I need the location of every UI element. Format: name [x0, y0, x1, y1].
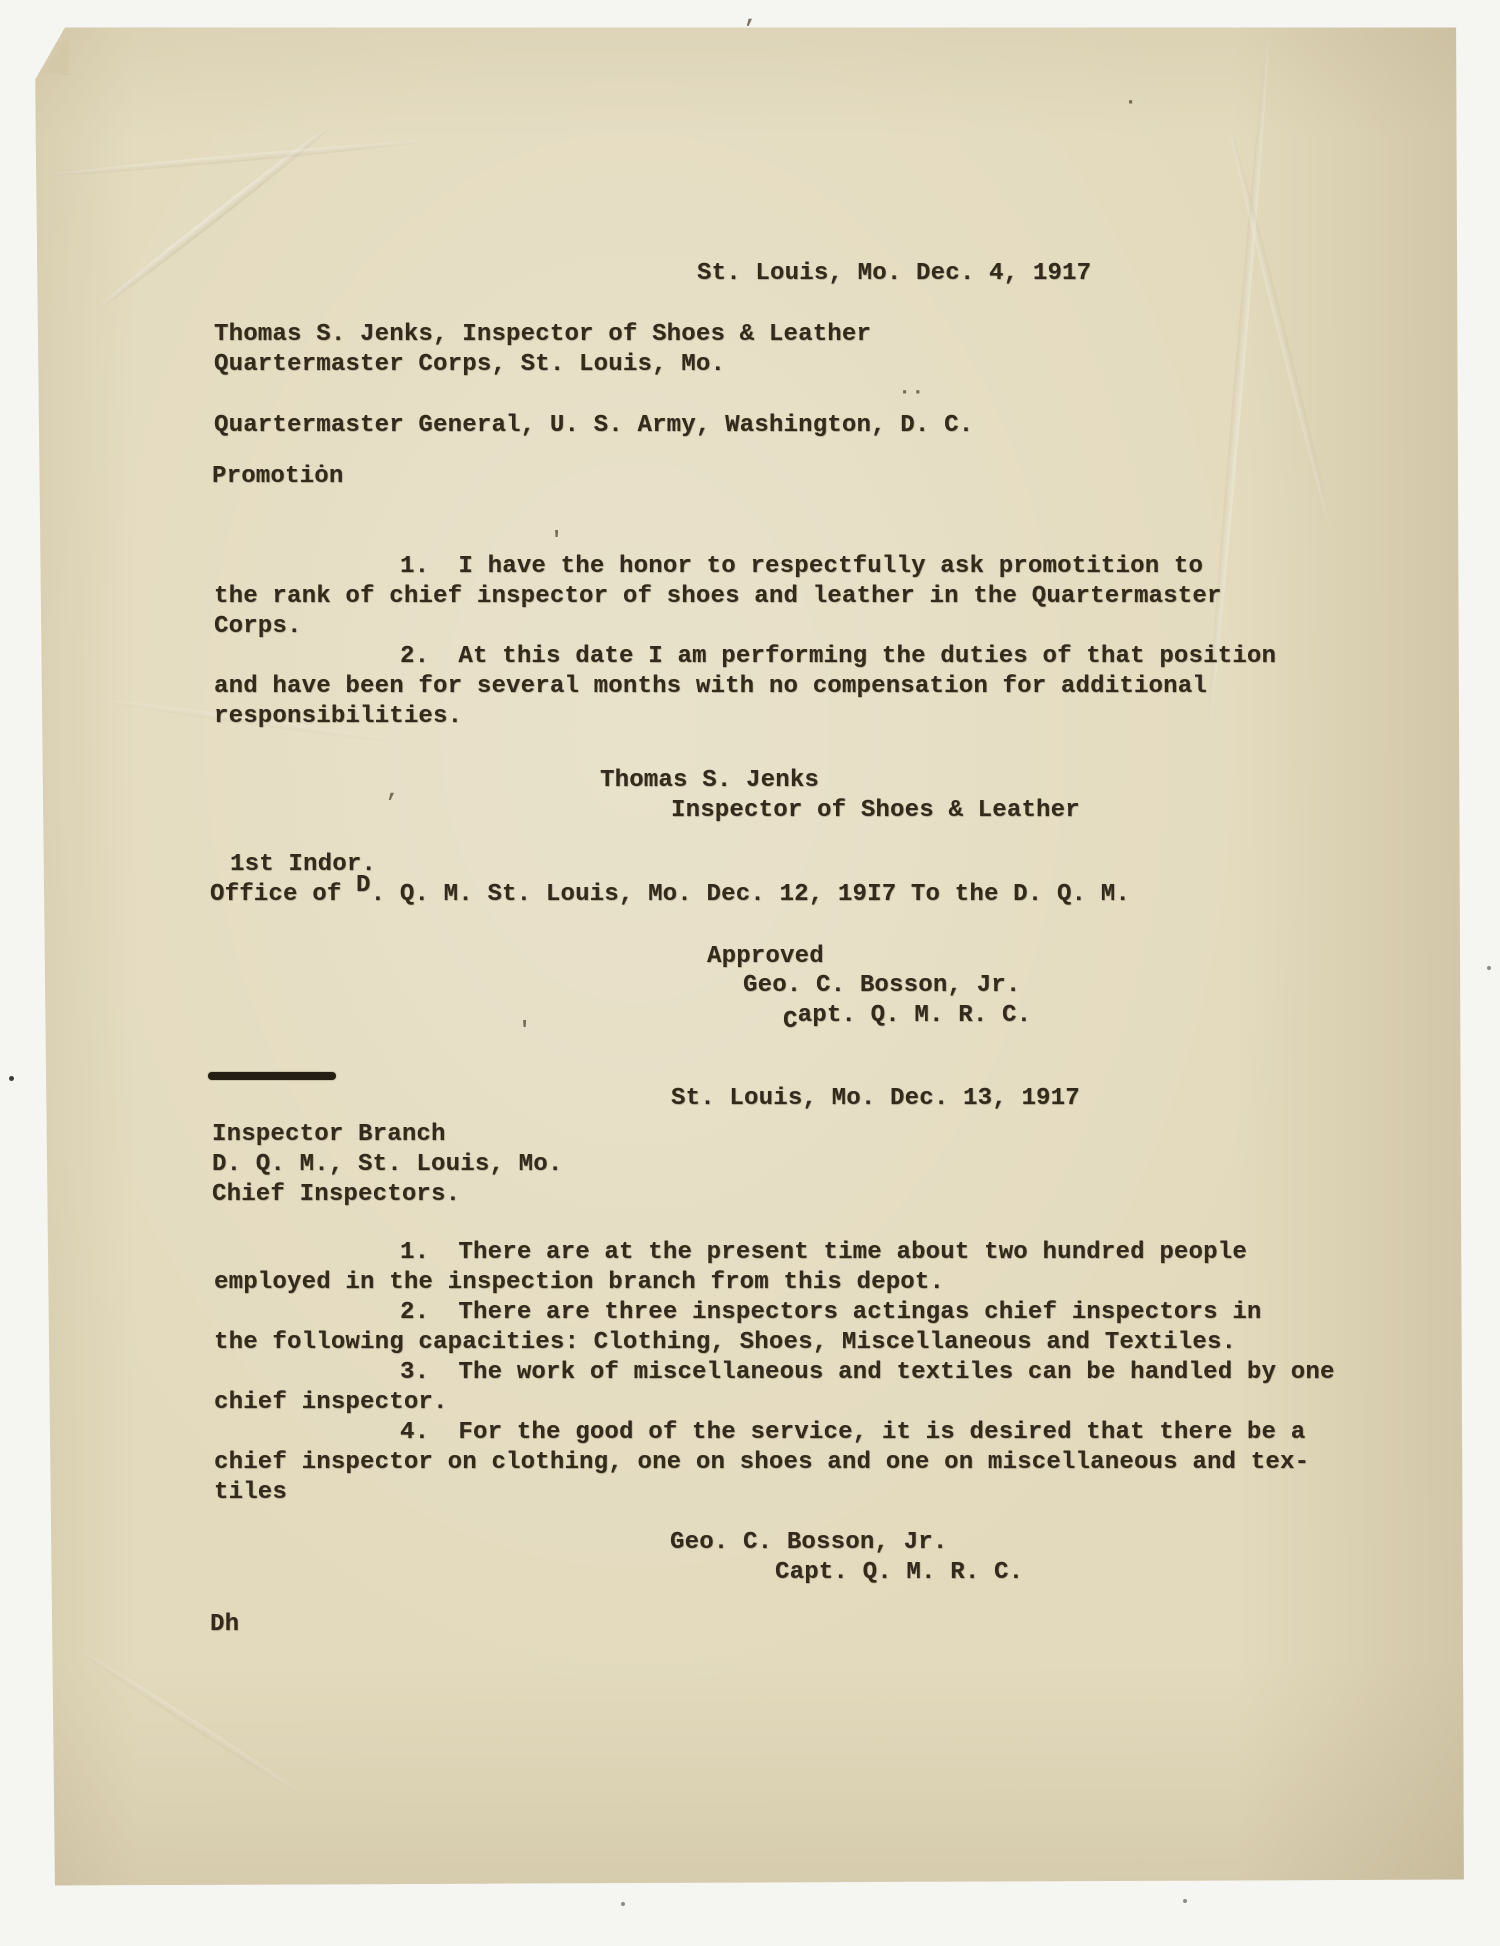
stray-mark: ·· — [898, 380, 924, 405]
stray-mark: ' — [550, 528, 563, 553]
letter1-para1-line2: the rank of chief inspector of shoes and… — [214, 583, 1222, 610]
dust-speck — [621, 1902, 625, 1906]
line-segment: Office of — [210, 881, 356, 908]
letter1-signature-title: Inspector of Shoes & Leather — [671, 797, 1080, 824]
stray-mark: , — [386, 778, 399, 803]
letter2-para4-line3: tiles — [214, 1479, 287, 1506]
letter1-para2-line2: and have been for several months with no… — [214, 673, 1207, 700]
letter1-from-line1: Thomas S. Jenks, Inspector of Shoes & Le… — [214, 321, 871, 348]
letter2-signature-name: Geo. C. Bosson, Jr. — [670, 1529, 947, 1556]
line-segment: D — [356, 872, 371, 899]
letter2-from-line2: D. Q. M., St. Louis, Mo. — [212, 1151, 562, 1178]
dust-speck — [9, 1076, 14, 1081]
letter2-from-line1: Inspector Branch — [212, 1121, 446, 1148]
letter1-para2-line3: responsibilities. — [214, 703, 462, 730]
dust-speck — [1487, 966, 1491, 970]
letter1-para1-line1: 1. I have the honor to respectfully ask … — [400, 553, 1203, 580]
letter2-para1-line2: employed in the inspection branch from t… — [214, 1269, 944, 1296]
stray-mark: , — [744, 4, 757, 29]
letter1-signature-name: Thomas S. Jenks — [600, 767, 819, 794]
typed-dash-line — [208, 1072, 336, 1080]
endorsement-heading: 1st Indor. — [230, 851, 376, 878]
line-segment: apt. Q. M. R. C. — [798, 1002, 1032, 1029]
letter2-para1-line1: 1. There are at the present time about t… — [400, 1239, 1247, 1266]
letter2-para2-line2: the following capacities: Clothing, Shoe… — [214, 1329, 1236, 1356]
dust-speck — [1183, 1899, 1187, 1903]
typist-initials: Dh — [210, 1611, 239, 1638]
letter1-subject: Promotiȯn — [212, 463, 343, 490]
letter2-subject: Chief Inspectors. — [212, 1181, 460, 1208]
letter2-para3-line1: 3. The work of miscellaneous and textile… — [400, 1359, 1335, 1386]
endorsement-office-line: Office of D. Q. M. St. Louis, Mo. Dec. 1… — [210, 881, 1130, 908]
stray-mark: · — [1124, 90, 1137, 115]
letter1-para1-line3: Corps. — [214, 613, 302, 640]
scanned-letter-page: { "page": { "background_color": "#f5f5f2… — [0, 0, 1500, 1946]
letter1-from-line2: Quartermaster Corps, St. Louis, Mo. — [214, 351, 725, 378]
endorsement-signature-name: Geo. C. Bosson, Jr. — [743, 972, 1020, 999]
letter2-para4-line1: 4. For the good of the service, it is de… — [400, 1419, 1305, 1446]
letter1-to-line: Quartermaster General, U. S. Army, Washi… — [214, 412, 973, 439]
typewritten-text-layer: St. Louis, Mo. Dec. 4, 1917Thomas S. Jen… — [0, 0, 1500, 1946]
letter2-para2-line1: 2. There are three inspectors actingas c… — [400, 1299, 1262, 1326]
letter1-dateline: St. Louis, Mo. Dec. 4, 1917 — [697, 260, 1091, 287]
endorsement-signature-title: Capt. Q. M. R. C. — [783, 1002, 1031, 1029]
letter2-signature-title: Capt. Q. M. R. C. — [775, 1559, 1023, 1586]
endorsement-approved: Approved — [707, 943, 824, 970]
line-segment: C — [783, 1008, 798, 1035]
letter2-para3-line2: chief inspector. — [214, 1389, 448, 1416]
letter2-dateline: St. Louis, Mo. Dec. 13, 1917 — [671, 1085, 1080, 1112]
letter1-para2-line1: 2. At this date I am performing the duti… — [400, 643, 1276, 670]
stray-mark: ' — [518, 1018, 531, 1043]
line-segment: . Q. M. St. Louis, Mo. Dec. 12, 19I7 To … — [371, 881, 1130, 908]
letter2-para4-line2: chief inspector on clothing, one on shoe… — [214, 1449, 1309, 1476]
